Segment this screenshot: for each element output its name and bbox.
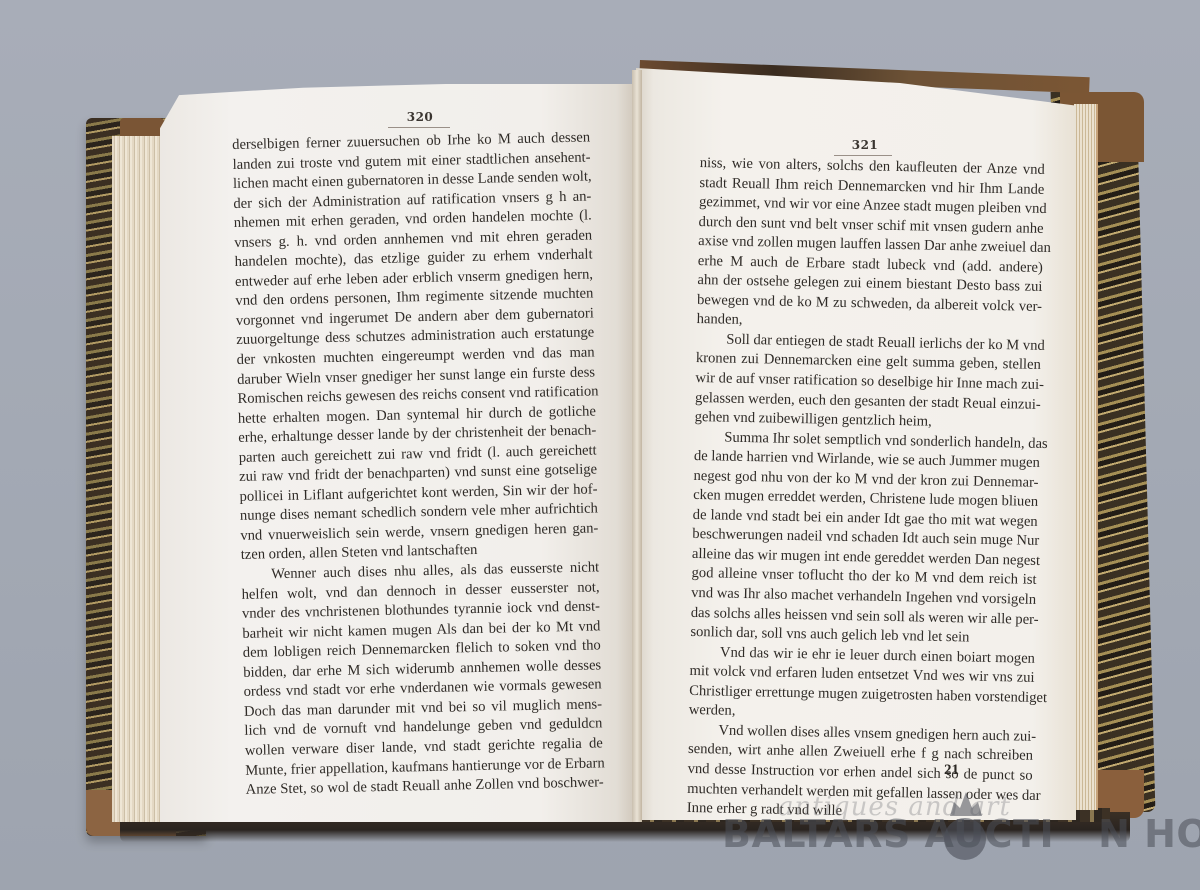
right-folio-rule (834, 155, 892, 156)
right-page-stack (1074, 104, 1098, 810)
book-gutter (632, 70, 642, 822)
watermark-text-part2: N HOUSE (1098, 812, 1200, 856)
right-page-text: niss, wie von alters, solchs den kaufleu… (687, 154, 1045, 825)
watermark-text-part1: BALTARS AUCTI (722, 812, 1054, 856)
right-page-number: 321 (835, 138, 895, 152)
signature-mark: 21 (944, 762, 959, 779)
left-folio-rule (388, 127, 450, 128)
left-page-number: 320 (390, 110, 450, 124)
watermark-text: BALTARS AUCTIN HOUSE (722, 812, 1200, 856)
left-page-text: derselbigen ferner zuuersuchen ob Irhe k… (232, 129, 604, 801)
